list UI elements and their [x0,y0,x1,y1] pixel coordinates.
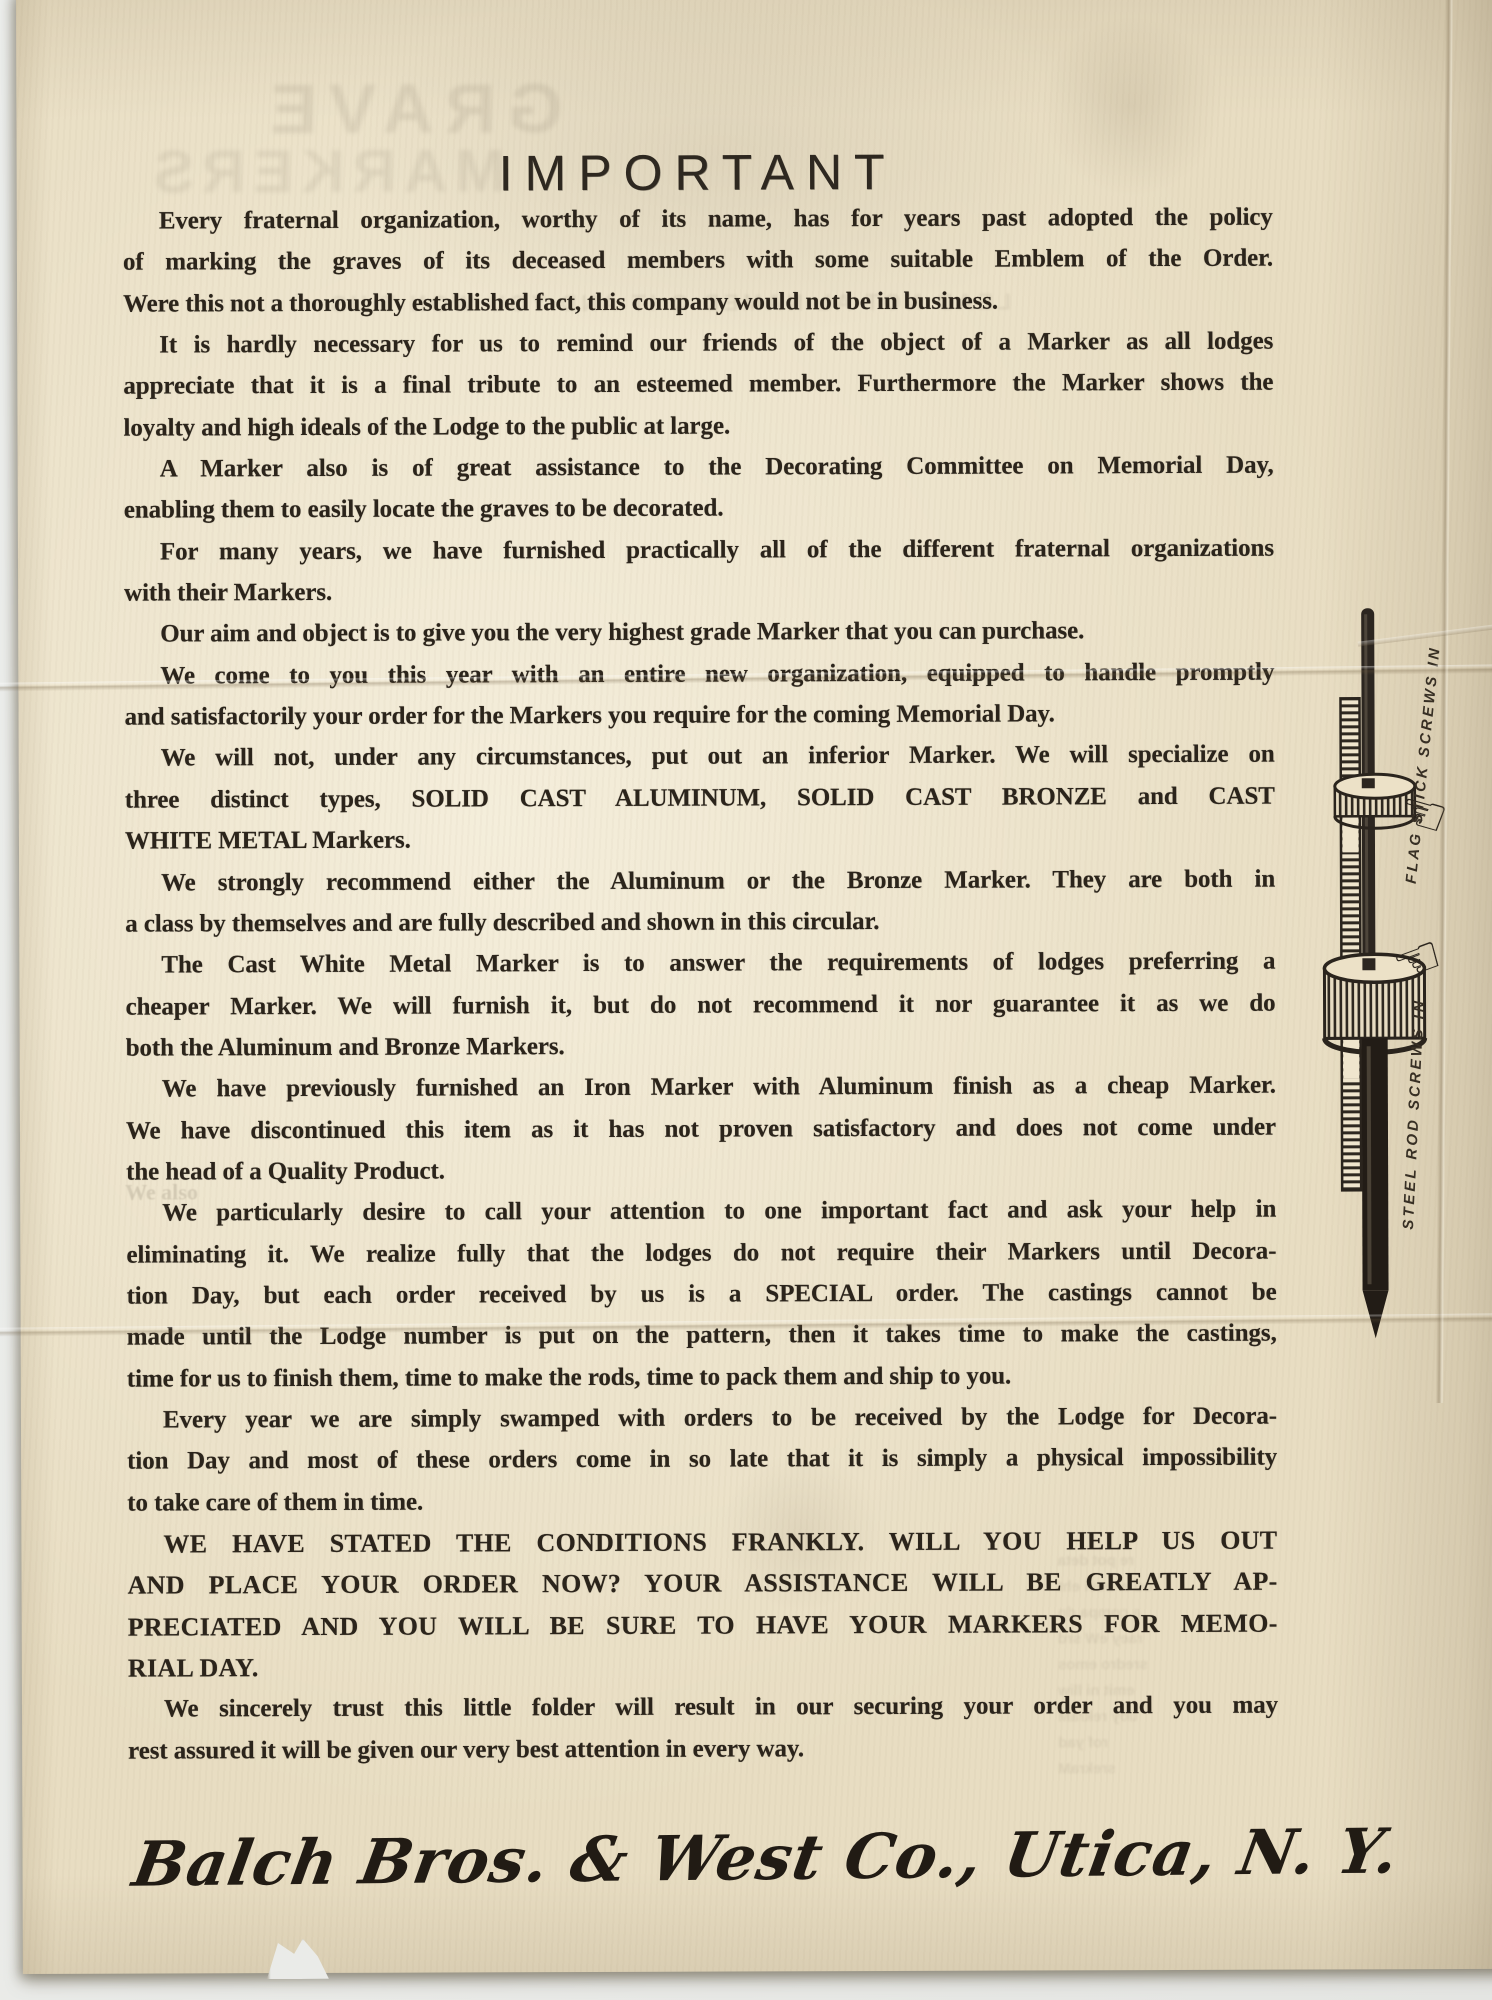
text-line: enabling them to easily locate the grave… [124,486,1274,531]
text-line: It is hardly necessary for us to remind … [123,321,1273,366]
ghost-headline-grave: GRAVE [180,68,640,150]
text-line: Every fraternal organization, worthy of … [123,197,1273,242]
text-line: to take care of them in time. [127,1478,1277,1523]
company-signature: Balch Bros. & West Co., Utica, N. Y. [128,1815,1321,1900]
text-line: RIAL DAY. [128,1644,1278,1689]
paper-sheet: GRAVE MARKERS LEAD NOT AL NAMED O IT AND… [16,0,1492,1974]
page-title: IMPORTANT [123,142,1273,204]
text-line: of marking the graves of its deceased me… [123,238,1273,283]
text-line: We strongly recommend either the Aluminu… [125,858,1275,903]
text-line: time for us to finish them, time to make… [127,1354,1277,1399]
text-line: both the Aluminum and Bronze Markers. [126,1023,1276,1068]
text-line: A Marker also is of great assistance to … [124,445,1274,490]
text-line: with their Markers. [124,569,1274,614]
text-line: rest assured it will be given our very b… [128,1726,1278,1771]
text-line: We sincerely trust this little folder wi… [128,1685,1278,1730]
text-line: AND PLACE YOUR ORDER NOW? YOUR ASSISTANC… [127,1561,1277,1606]
text-line: We have previously furnished an Iron Mar… [126,1065,1276,1110]
text-line: We particularly desire to call your atte… [126,1189,1276,1234]
steel-rod-icon [1362,1038,1389,1338]
text-line: Every year we are simply swamped with or… [127,1396,1277,1441]
text-line: We will not, under any circumstances, pu… [125,734,1275,779]
page-content: GRAVE MARKERS LEAD NOT AL NAMED O IT AND… [0,0,1492,2000]
torn-edge-notch [267,1937,329,1979]
text-line: a class by themselves and are fully desc… [125,899,1275,944]
text-line: made until the Lodge number is put on th… [127,1313,1277,1358]
text-line: PRECIATED AND YOU WILL BE SURE TO HAVE Y… [128,1602,1278,1647]
text-line: Our aim and object is to give you the ve… [124,610,1274,655]
text-line: WHITE METAL Markers. [125,817,1275,862]
text-line: Were this not a thoroughly established f… [123,279,1273,324]
text-line: appreciate that it is a final tribute to… [123,362,1273,407]
text-line: The Cast White Metal Marker is to answer… [125,941,1275,986]
text-line: eliminating it. We realize fully that th… [126,1230,1276,1275]
text-line: cheaper Marker. We will furnish it, but … [125,982,1275,1027]
text-line: We come to you this year with an entire … [124,651,1274,696]
text-line: and satisfactorily your order for the Ma… [124,693,1274,738]
text-line: For many years, we have furnished practi… [124,527,1274,572]
ruler-strip-icon [1340,698,1361,1190]
text-line: We have discontinued this item as it has… [126,1106,1276,1151]
body-text: Every fraternal organization, worthy of … [123,197,1278,1772]
text-line: WE HAVE STATED THE CONDITIONS FRANKLY. W… [127,1520,1277,1565]
text-line: tion Day, but each order received by us … [126,1272,1276,1317]
text-line: tion Day and most of these orders come i… [127,1437,1277,1482]
text-line: three distinct types, SOLID CAST ALUMINU… [125,775,1275,820]
text-line: loyalty and high ideals of the Lodge to … [123,403,1273,448]
text-line: the head of a Quality Product. [126,1148,1276,1193]
